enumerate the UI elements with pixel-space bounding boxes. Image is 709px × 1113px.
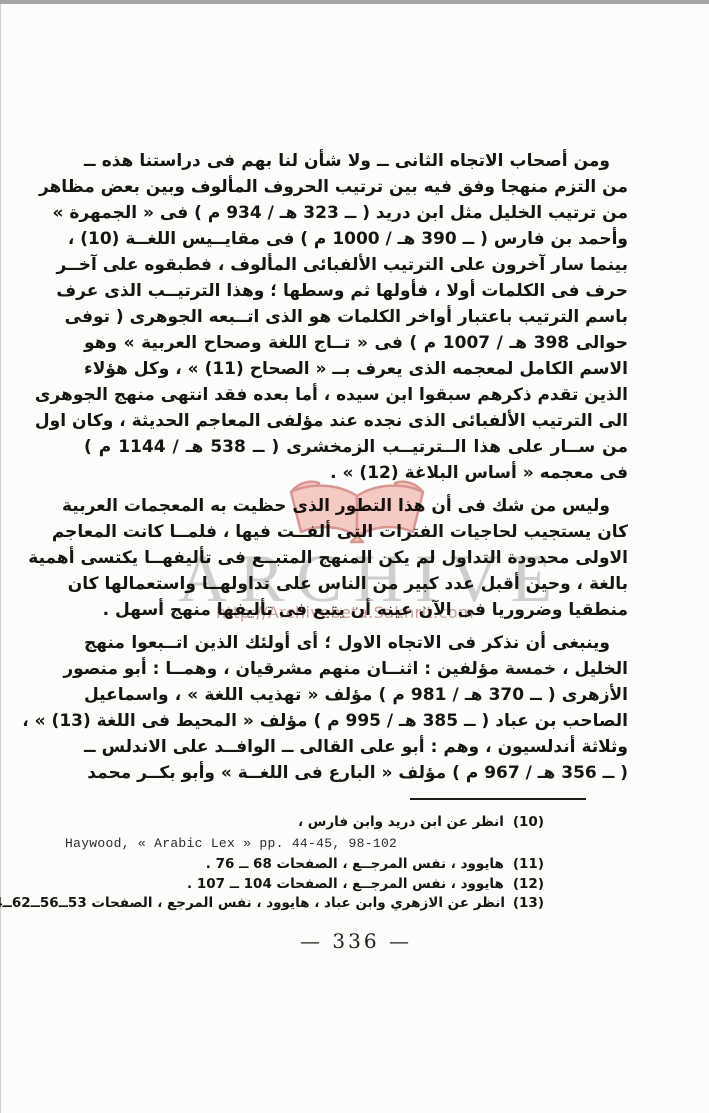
page-number: — 336 —: [84, 928, 628, 954]
footnote-text: انظر عن الازهري وابن عباد ، هايوود ، نفس…: [0, 894, 505, 914]
footnote-text: هايوود ، نفس المرجــع ، الصفحات 104 ــ 1…: [187, 875, 504, 895]
footnote-text: هايوود ، نفس المرجــع ، الصفحات 68 ــ 76…: [206, 855, 504, 875]
body-line: الى الترتيب الألفبائى الذى نجده عند مؤلف…: [84, 408, 628, 434]
body-line: وليس من شك فى أن هذا التطور الذى حظيت به…: [84, 493, 628, 519]
footnote-text: انظر عن ابن دريد وابن فارس ،: [298, 813, 504, 833]
footnote-row: (10)انظر عن ابن دريد وابن فارس ،: [84, 813, 544, 833]
footnote-latin-reference: Haywood, « Arabic Lex » pp. 44-45, 98-10…: [65, 834, 628, 854]
body-line: وثلاثة أندلسيون ، وهم : أبو على القالى ـ…: [84, 734, 628, 760]
footnote-number: (12): [513, 875, 544, 895]
footnote-row: (13)انظر عن الازهري وابن عباد ، هايوود ،…: [84, 894, 544, 914]
body-line: حرف فى الكلمات أولا ، فأولها ثم وسطها ؛ …: [84, 278, 628, 304]
body-line: بالغة ، وحين أقبل عدد كبير من الناس على …: [84, 571, 628, 597]
book-page: ومن أصحاب الاتجاه الثانى ــ ولا شأن لنا …: [0, 0, 709, 1113]
body-line: الذين تقدم ذكرهم سبقوا ابن سيده ، أما بع…: [84, 382, 628, 408]
body-line: فى معجمه « أساس البلاغة (12) » .: [84, 460, 628, 486]
body-line: كان يستجيب لحاجيات الفترات التى ألفــت ف…: [84, 519, 628, 545]
content-area: ومن أصحاب الاتجاه الثانى ــ ولا شأن لنا …: [0, 4, 709, 954]
footnote-number: (10): [513, 813, 544, 833]
body-line: الأزهرى ( ــ 370 هـ / 981 م ) مؤلف « تهذ…: [84, 682, 628, 708]
body-line: الصاحب بن عباد ( ــ 385 هـ / 995 م ) مؤل…: [84, 708, 628, 734]
body-line: الاولى محدودة التداول لم يكن المنهج المت…: [84, 545, 628, 571]
body-line: باسم الترتيب باعتبار أواخر الكلمات هو ال…: [84, 304, 628, 330]
body-line: وأحمد بن فارس ( ــ 390 هـ / 1000 م ) فى …: [84, 226, 628, 252]
body-line: وينبغى أن نذكر فى الاتجاه الاول ؛ أى أول…: [84, 630, 628, 656]
paragraph: وينبغى أن نذكر فى الاتجاه الاول ؛ أى أول…: [84, 630, 628, 786]
body-line: ( ــ 356 هـ / 967 م ) مؤلف « البارع فى ا…: [84, 760, 628, 786]
body-line: الاسم الكامل لمعجمه الذى يعرف بــ « الصح…: [84, 356, 628, 382]
body-line: بينما سار آخرون على الترتيب الألفبائى ال…: [84, 252, 628, 278]
body-line: من ترتيب الخليل مثل ابن دريد ( ــ 323 هـ…: [84, 200, 628, 226]
footnote-row: (11)هايوود ، نفس المرجــع ، الصفحات 68 ـ…: [84, 855, 544, 875]
footnote-number: (13): [514, 894, 544, 914]
paragraph: وليس من شك فى أن هذا التطور الذى حظيت به…: [84, 493, 628, 623]
footnote-number: (11): [513, 855, 544, 875]
body-line: من ســار على هذا الــترتيــب الزمخشرى ( …: [84, 434, 628, 460]
body-line: حوالى 398 هـ / 1007 م ) فى « تــاج اللغة…: [84, 330, 628, 356]
body-line: ومن أصحاب الاتجاه الثانى ــ ولا شأن لنا …: [84, 148, 628, 174]
body-line: منطقيا وضروريا فى الآن عينه أن يتبع فى ت…: [84, 597, 628, 623]
footnote-separator: [410, 798, 586, 800]
paragraph: ومن أصحاب الاتجاه الثانى ــ ولا شأن لنا …: [84, 148, 628, 486]
footnotes-section: (10)انظر عن ابن دريد وابن فارس ،Haywood,…: [84, 813, 628, 914]
body-line: من التزم منهجا وفق فيه بين ترتيب الحروف …: [84, 174, 628, 200]
footnote-row: (12)هايوود ، نفس المرجــع ، الصفحات 104 …: [84, 875, 544, 895]
body-line: الخليل ، خمسة مؤلفين : اثنــان منهم مشرق…: [84, 656, 628, 682]
